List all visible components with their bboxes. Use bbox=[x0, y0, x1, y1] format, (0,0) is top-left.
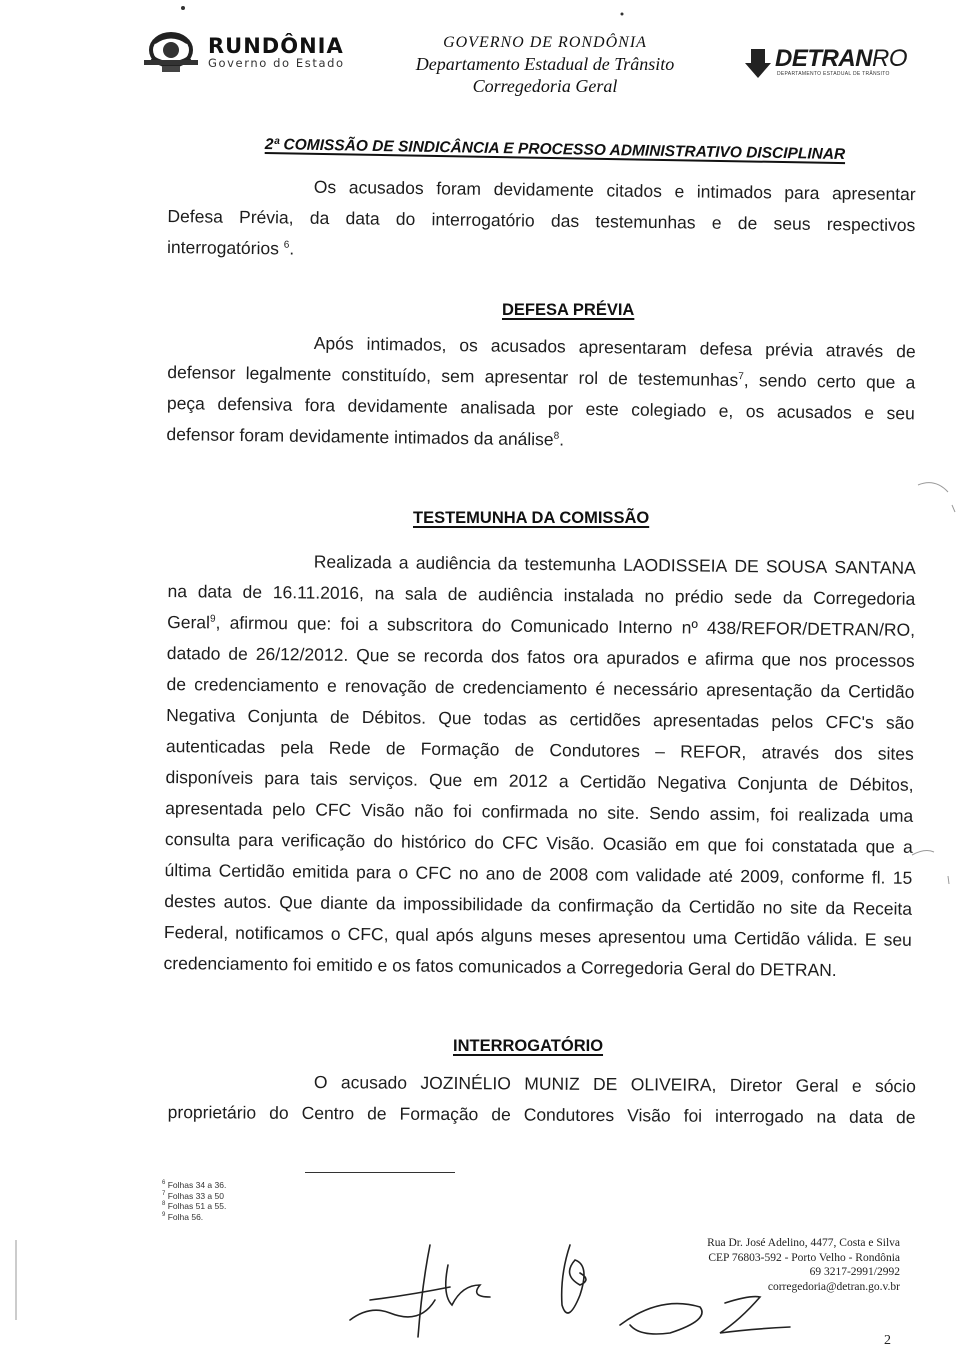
section-heading-interrogatorio: INTERROGATÓRIO bbox=[453, 1037, 603, 1056]
logo-title: RUNDÔNIA bbox=[208, 34, 344, 58]
section-heading-testemunha: TESTEMUNHA DA COMISSÃO bbox=[413, 509, 649, 528]
address-street: Rua Dr. José Adelino, 4477, Costa e Silv… bbox=[660, 1236, 900, 1251]
footnote: 7 Folhas 33 a 50 bbox=[162, 1191, 226, 1202]
address-phone: 69 3217-2991/2992 bbox=[660, 1265, 900, 1280]
footnote-separator bbox=[305, 1172, 455, 1173]
footnote: 8 Folhas 51 a 55. bbox=[162, 1201, 226, 1212]
detran-subtitle: DEPARTAMENTO ESTADUAL DE TRÂNSITO bbox=[777, 71, 890, 77]
address-city: CEP 76803-592 - Porto Velho - Rondônia bbox=[660, 1251, 900, 1266]
text-line: credenciamento foi emitido e os fatos co… bbox=[163, 948, 911, 987]
letterhead: GOVERNO DE RONDÔNIA Departamento Estadua… bbox=[380, 33, 710, 97]
intro-paragraph: Osacusadosforamdevidamentecitadoseintima… bbox=[167, 170, 916, 272]
committee-title: 2ª COMISSÃO DE SINDICÂNCIA E PROCESSO AD… bbox=[265, 136, 846, 164]
footnote: 6 Folhas 34 a 36. bbox=[162, 1180, 226, 1191]
section-heading-defesa: DEFESA PRÉVIA bbox=[502, 301, 634, 320]
footnotes: 6 Folhas 34 a 36. 7 Folhas 33 a 50 8 Fol… bbox=[162, 1180, 226, 1222]
detran-arrow-icon bbox=[745, 45, 773, 79]
text-line: proprietáriodoCentrodeFormaçãodeCondutor… bbox=[168, 1097, 916, 1133]
rondonia-logo: RUNDÔNIA Governo do Estado bbox=[140, 30, 370, 75]
interrogatorio-paragraph: OacusadoJOZINÉLIOMUNIZDEOLIVEIRA,Diretor… bbox=[168, 1066, 916, 1133]
logo-subtitle: Governo do Estado bbox=[208, 56, 345, 70]
defesa-paragraph: Apósintimados,osacusadosapresentaramdefe… bbox=[166, 326, 916, 460]
text-line: OacusadoJOZINÉLIOMUNIZDEOLIVEIRA,Diretor… bbox=[168, 1066, 916, 1102]
address-block: Rua Dr. José Adelino, 4477, Costa e Silv… bbox=[660, 1236, 900, 1294]
footnote: 9 Folha 56. bbox=[162, 1212, 226, 1223]
department-name: Departamento Estadual de Trânsito bbox=[380, 53, 710, 75]
address-email[interactable]: corregedoria@detran.go.v.br bbox=[660, 1280, 900, 1295]
testemunha-paragraph: RealizadaaaudiênciadatestemunhaLAODISSEI… bbox=[163, 545, 916, 987]
detran-logo: DETRANRO DEPARTAMENTO ESTADUAL DE TRÂNSI… bbox=[745, 45, 905, 85]
government-name: GOVERNO DE RONDÔNIA bbox=[380, 33, 710, 53]
state-crest-icon bbox=[140, 30, 202, 74]
office-name: Corregedoria Geral bbox=[380, 75, 710, 97]
detran-wordmark: DETRANRO bbox=[775, 45, 907, 73]
page-number: 2 bbox=[884, 1333, 891, 1349]
